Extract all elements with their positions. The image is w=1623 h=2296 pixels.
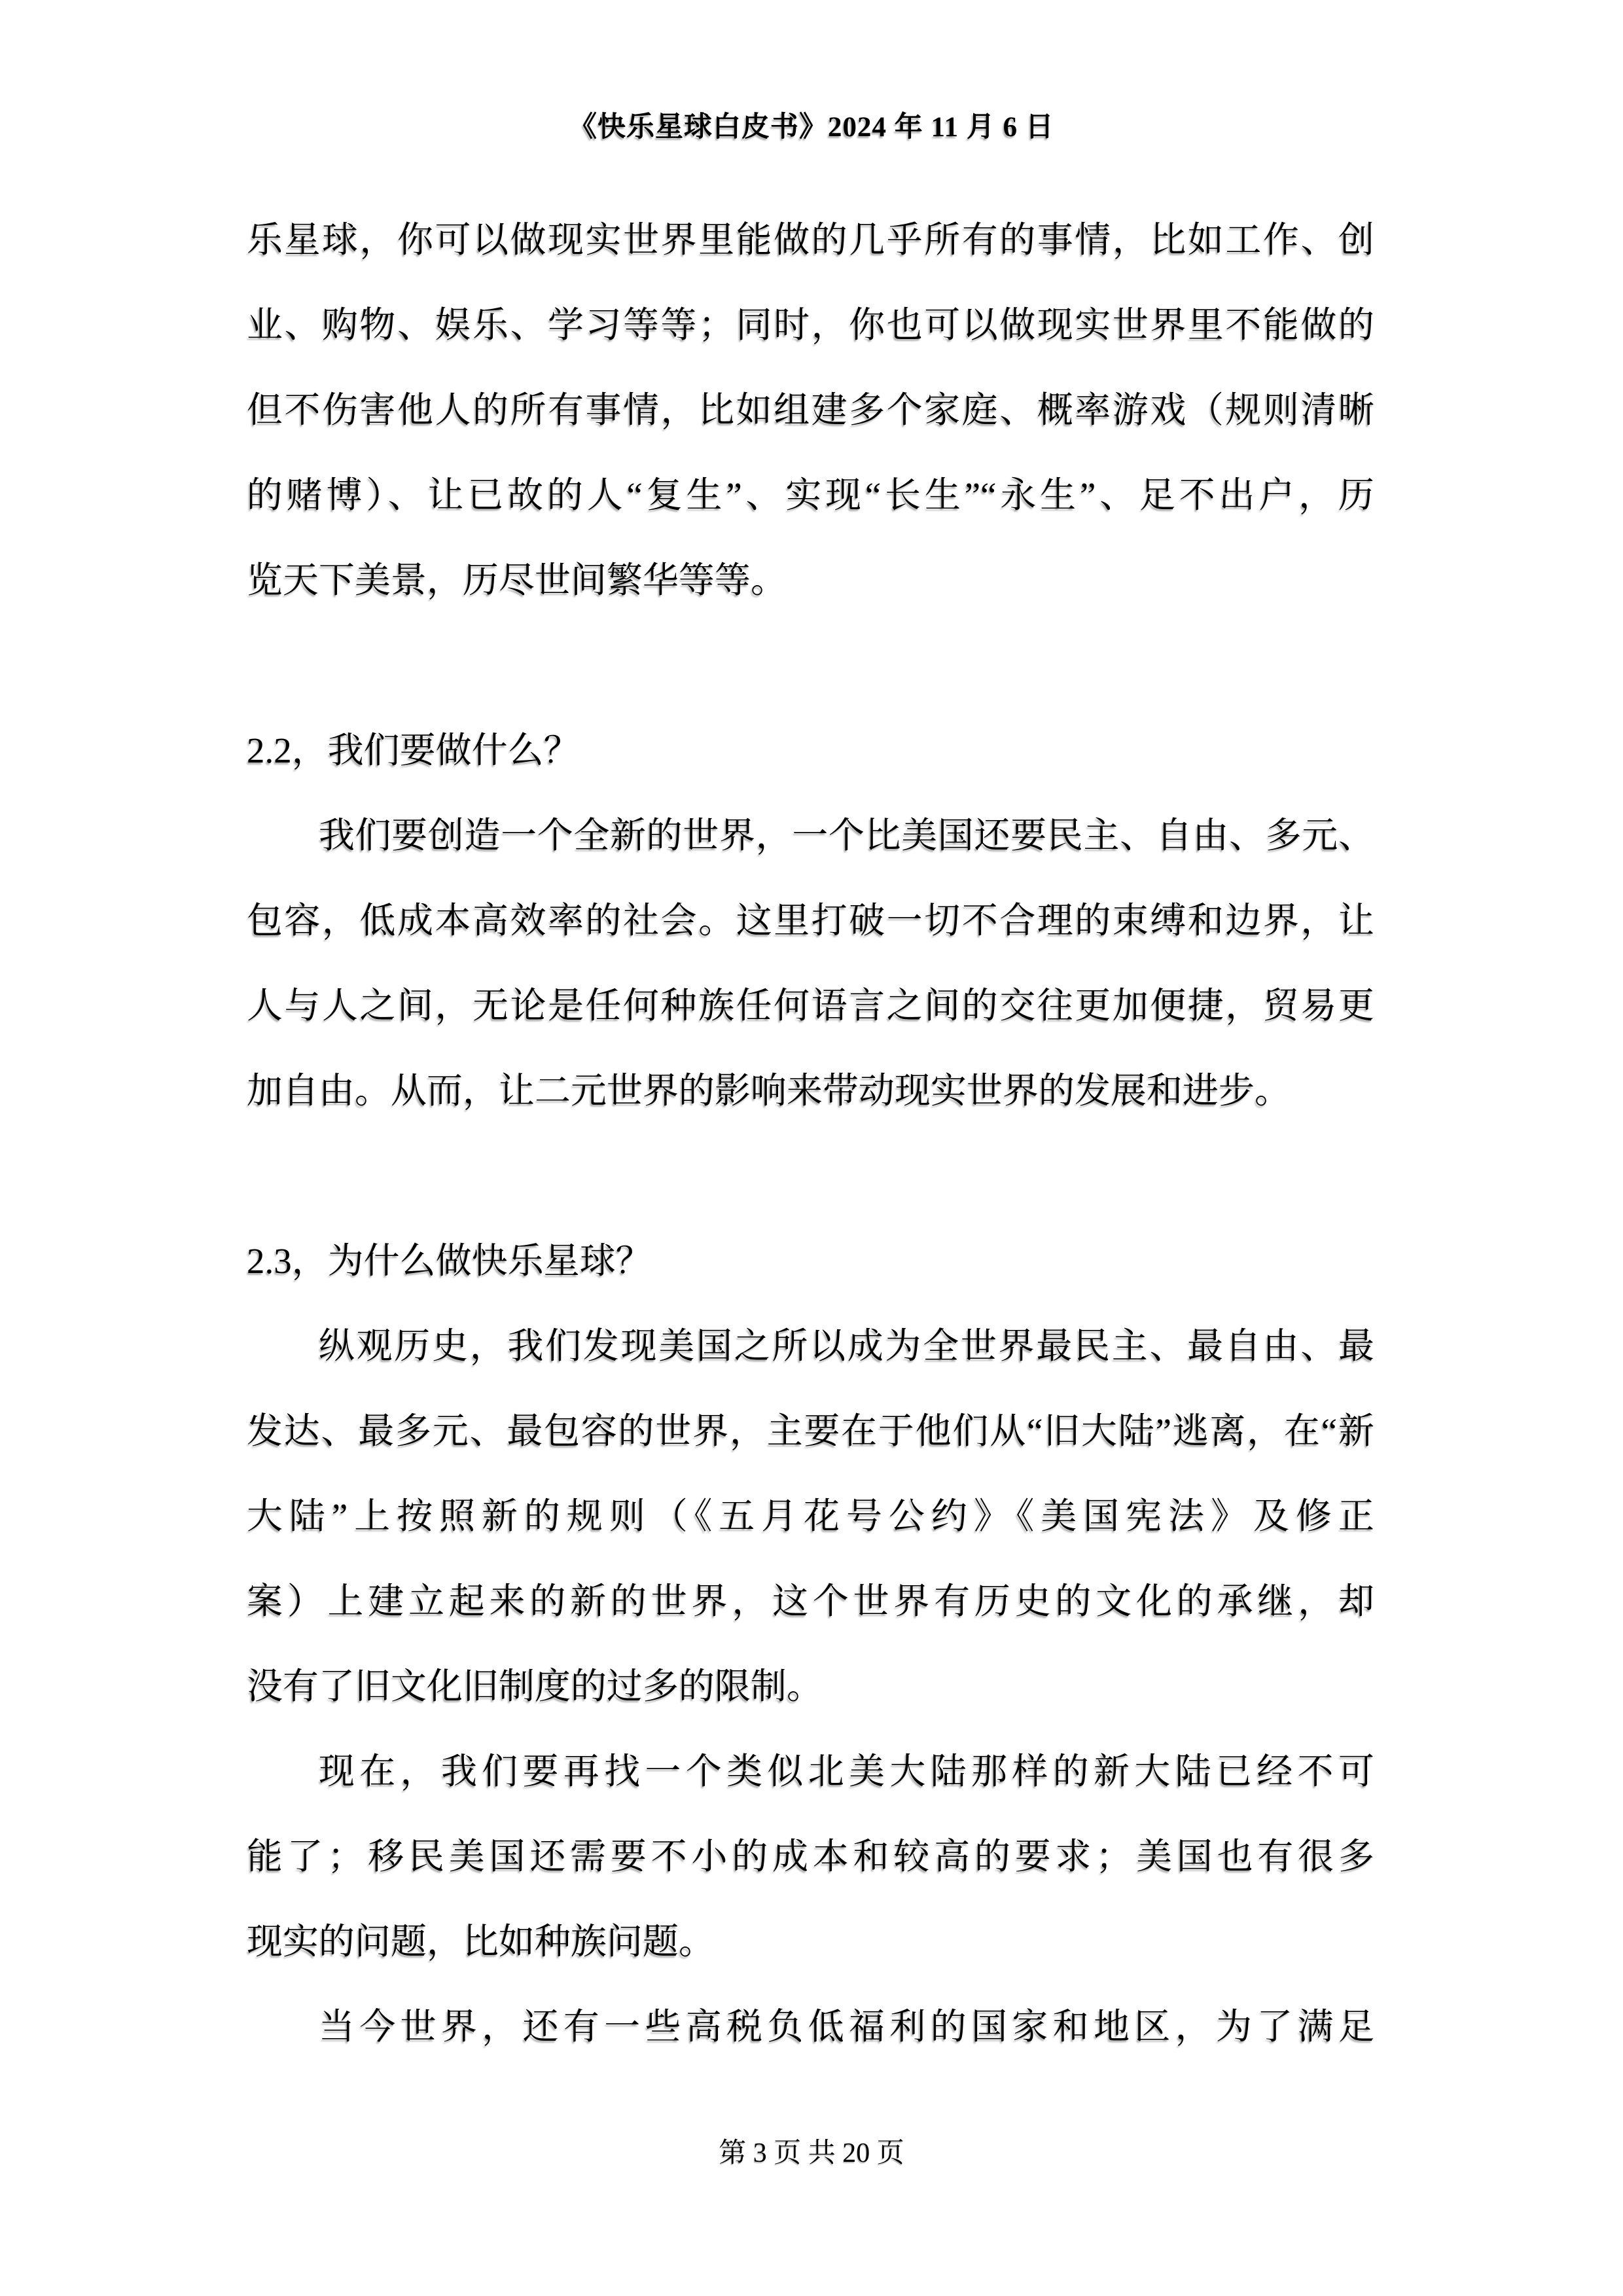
- text-line: 的赌博）、让已故的人“复生”、实现“长生”“永生”、足不出户，历: [247, 453, 1374, 538]
- page-footer-text: 第 3 页 共 20 页: [0, 2130, 1623, 2176]
- blank-line: [247, 623, 1374, 708]
- text-line: 大陆”上按照新的规则（《五月花号公约》《美国宪法》及修正: [247, 1474, 1374, 1559]
- text-line: 我们要创造一个全新的世界，一个比美国还要民主、自由、多元、: [247, 793, 1374, 878]
- text-line: 包容，低成本高效率的社会。这里打破一切不合理的束缚和边界，让: [247, 878, 1374, 963]
- page-header-text: 《快乐星球白皮书》2024 年 11 月 6 日: [0, 105, 1623, 151]
- text-line: 当今世界，还有一些高税负低福利的国家和地区，为了满足: [247, 1984, 1374, 2070]
- text-line: 现在，我们要再找一个类似北美大陆那样的新大陆已经不可: [247, 1729, 1374, 1814]
- text-line: 没有了旧文化旧制度的过多的限制。: [247, 1644, 1374, 1729]
- text-line: 览天下美景，历尽世间繁华等等。: [247, 538, 1374, 623]
- text-line: 加自由。从而，让二元世界的影响来带动现实世界的发展和进步。: [247, 1049, 1374, 1134]
- text-line: 案）上建立起来的新的世界，这个世界有历史的文化的承继，却: [247, 1559, 1374, 1644]
- text-line: 但不伤害他人的所有事情，比如组建多个家庭、概率游戏（规则清晰: [247, 368, 1374, 453]
- document-body: 乐星球，你可以做现实世界里能做的几乎所有的事情，比如工作、创 业、购物、娱乐、学…: [247, 198, 1374, 2070]
- document-page: 《快乐星球白皮书》2024 年 11 月 6 日 乐星球，你可以做现实世界里能做…: [0, 0, 1623, 2296]
- blank-line: [247, 1134, 1374, 1219]
- text-line: 业、购物、娱乐、学习等等；同时，你也可以做现实世界里不能做的: [247, 283, 1374, 368]
- text-line: 乐星球，你可以做现实世界里能做的几乎所有的事情，比如工作、创: [247, 198, 1374, 283]
- text-line: 现实的问题，比如种族问题。: [247, 1899, 1374, 1984]
- section-heading-2-2: 2.2，我们要做什么？: [247, 708, 1374, 793]
- text-line: 人与人之间，无论是任何种族任何语言之间的交往更加便捷，贸易更: [247, 963, 1374, 1049]
- section-heading-2-3: 2.3，为什么做快乐星球？: [247, 1219, 1374, 1304]
- text-line: 能了；移民美国还需要不小的成本和较高的要求；美国也有很多: [247, 1814, 1374, 1899]
- text-line: 发达、最多元、最包容的世界，主要在于他们从“旧大陆”逃离，在“新: [247, 1389, 1374, 1474]
- text-line: 纵观历史，我们发现美国之所以成为全世界最民主、最自由、最: [247, 1304, 1374, 1389]
